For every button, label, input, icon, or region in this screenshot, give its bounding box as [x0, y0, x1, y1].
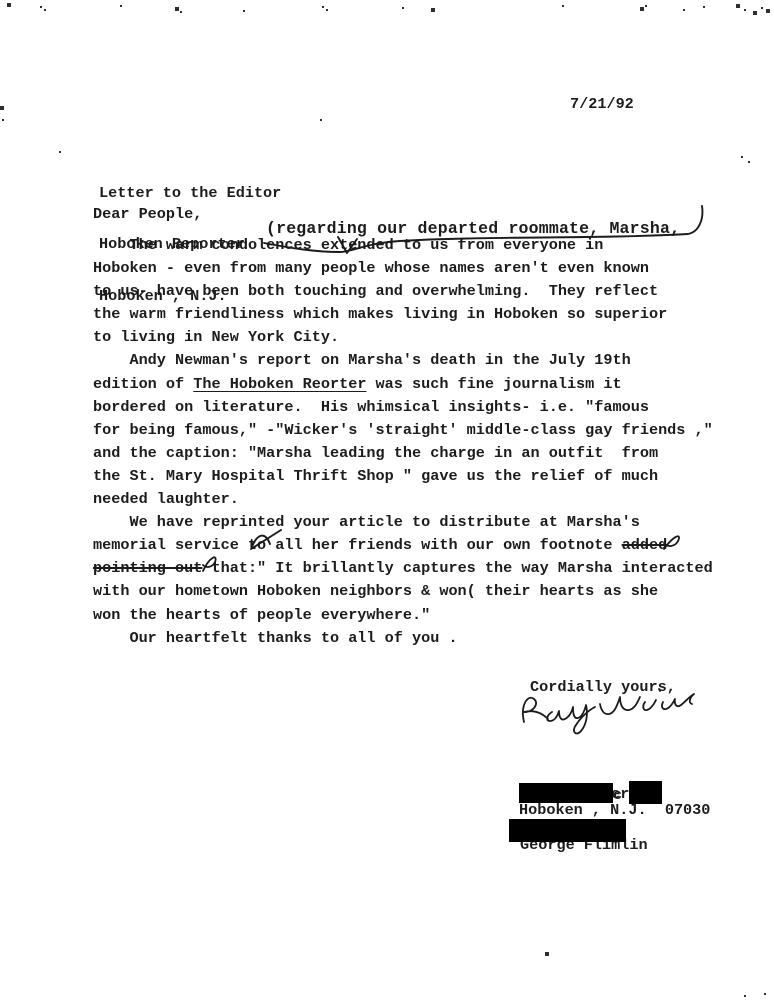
redaction-bar [519, 783, 613, 803]
underlined-text: The Hoboken Reorter [193, 375, 366, 393]
body-text: with our hometown Hoboken neighbors & wo… [93, 582, 658, 600]
body-text: Our heartfelt thanks to all of you . [93, 629, 458, 647]
body-line: edition of The Hoboken Reorter was such … [93, 373, 713, 396]
body-text: to us- have been both touching and overw… [93, 282, 658, 300]
body-line: Hoboken - even from many people whose na… [93, 257, 713, 280]
body-line: won the hearts of people everywhere." [93, 604, 713, 627]
body-text: The warm condolences extended to us from… [93, 236, 603, 254]
body-line: and the caption: "Marsha leading the cha… [93, 442, 713, 465]
body-text: memorial service to all her friends with… [93, 536, 622, 554]
body-text: the St. Mary Hospital Thrift Shop " gave… [93, 467, 658, 485]
letter-body: The warm condolences extended to us from… [93, 234, 713, 650]
struck-text: pointing out [93, 559, 202, 577]
redaction-bar [509, 819, 626, 842]
body-text: edition of [93, 375, 193, 393]
body-text: and the caption: "Marsha leading the cha… [93, 444, 658, 462]
body-line: the warm friendliness which makes living… [93, 303, 713, 326]
salutation: Dear People, [93, 205, 202, 223]
letter-date: 7/21/92 [570, 95, 634, 113]
redaction-bar [629, 781, 662, 804]
closing-phrase: Cordially yours, [530, 678, 676, 696]
body-line: needed laughter. [93, 488, 713, 511]
body-text: We have reprinted your article to distri… [93, 513, 640, 531]
body-line: The warm condolences extended to us from… [93, 234, 713, 257]
struck-text: added [622, 536, 668, 554]
recipient-line-1: Letter to the Editor [99, 185, 281, 202]
body-line: for being famous," -"Wicker's 'straight'… [93, 419, 713, 442]
body-line: We have reprinted your article to distri… [93, 511, 713, 534]
body-line: Andy Newman's report on Marsha's death i… [93, 349, 713, 372]
body-text: won the hearts of people everywhere." [93, 606, 430, 624]
body-text: was such fine journalism it [366, 375, 621, 393]
body-text: the warm friendliness which makes living… [93, 305, 667, 323]
body-text: Hoboken - even from many people whose na… [93, 259, 649, 277]
body-line: the St. Mary Hospital Thrift Shop " gave… [93, 465, 713, 488]
body-line: to living in New York City. [93, 326, 713, 349]
body-text: for being famous," -"Wicker's 'straight'… [93, 421, 713, 439]
body-text: Andy Newman's report on Marsha's death i… [93, 351, 631, 369]
body-line: Our heartfelt thanks to all of you . [93, 627, 713, 650]
body-text: bordered on literature. His whimsical in… [93, 398, 649, 416]
scanned-letter-page: 7/21/92 Letter to the Editor Hoboken Rep… [0, 0, 774, 1000]
body-text: needed laughter. [93, 490, 239, 508]
body-line: with our hometown Hoboken neighbors & wo… [93, 580, 713, 603]
body-line: to us- have been both touching and overw… [93, 280, 713, 303]
body-text: to living in New York City. [93, 328, 339, 346]
body-line: memorial service to all her friends with… [93, 534, 713, 557]
city-state-zip-line: Hoboken , N.J. 07030 [519, 801, 710, 819]
body-line: pointing out that:" It brillantly captur… [93, 557, 713, 580]
body-text: that:" It brillantly captures the way Ma… [202, 559, 712, 577]
scan-noise [0, 0, 2, 2]
body-line: bordered on literature. His whimsical in… [93, 396, 713, 419]
